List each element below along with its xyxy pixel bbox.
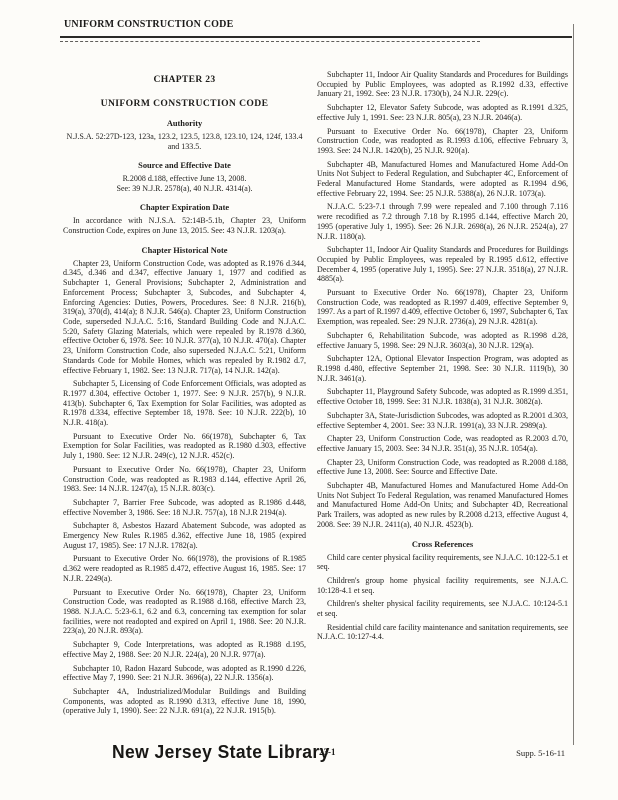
historical-paragraph-5: Subchapter 7, Barrier Free Subcode, was … xyxy=(63,498,306,517)
historical-paragraph-9: Subchapter 9, Code Interpretations, was … xyxy=(63,640,306,659)
chapter-title: UNIFORM CONSTRUCTION CODE xyxy=(63,98,306,109)
historical-paragraph-17: Subchapter 11, Indoor Air Quality Standa… xyxy=(317,245,568,284)
historical-paragraph-6: Subchapter 8, Asbestos Hazard Abatement … xyxy=(63,521,306,550)
historical-paragraph-7: Pursuant to Executive Order No. 66(1978)… xyxy=(63,554,306,583)
heading-chapter-expiration-date: Chapter Expiration Date xyxy=(63,203,306,212)
right-column: Subchapter 11, Indoor Air Quality Standa… xyxy=(317,58,568,716)
historical-paragraph-25: Subchapter 4B, Manufactured Homes and Ma… xyxy=(317,481,568,530)
source-line-1: R.2008 d.188, effective June 13, 2008. xyxy=(63,174,306,184)
chapter-heading: CHAPTER 23 xyxy=(63,74,306,85)
historical-paragraph-16: N.J.A.C. 5:23-7.1 through 7.99 were repe… xyxy=(317,202,568,241)
historical-paragraph-8: Pursuant to Executive Order No. 66(1978)… xyxy=(63,588,306,637)
authority-citation: N.J.S.A. 52:27D-123, 123a, 123.2, 123.5,… xyxy=(63,132,306,151)
historical-paragraph-2: Subchapter 5, Licensing of Code Enforcem… xyxy=(63,379,306,428)
supplement-label: Supp. 5-16-11 xyxy=(516,748,565,758)
cross-reference-4: Residential child care facility maintena… xyxy=(317,623,568,642)
historical-paragraph-18: Pursuant to Executive Order No. 66(1978)… xyxy=(317,288,568,327)
historical-paragraph-4: Pursuant to Executive Order No. 66(1978)… xyxy=(63,465,306,494)
historical-paragraph-21: Subchapter 11, Playground Safety Subcode… xyxy=(317,387,568,406)
historical-paragraph-23: Chapter 23, Uniform Construction Code, w… xyxy=(317,434,568,453)
cross-reference-2: Children's group home physical facility … xyxy=(317,576,568,595)
source-line-2: See: 39 N.J.R. 2578(a), 40 N.J.R. 4314(a… xyxy=(63,184,306,194)
heading-chapter-historical-note: Chapter Historical Note xyxy=(63,246,306,255)
historical-paragraph-3: Pursuant to Executive Order No. 66(1978)… xyxy=(63,432,306,461)
historical-paragraph-20: Subchapter 12A, Optional Elevator Inspec… xyxy=(317,354,568,383)
historical-paragraph-24: Chapter 23, Uniform Construction Code, w… xyxy=(317,458,568,477)
historical-paragraph-10: Subchapter 10, Radon Hazard Subcode, was… xyxy=(63,664,306,683)
historical-paragraph-14: Pursuant to Executive Order No. 66(1978)… xyxy=(317,127,568,156)
cross-reference-1: Child care center physical facility requ… xyxy=(317,553,568,572)
historical-paragraph-1: Chapter 23, Uniform Construction Code, w… xyxy=(63,259,306,375)
two-column-body: CHAPTER 23 UNIFORM CONSTRUCTION CODE Aut… xyxy=(63,58,568,716)
document-page: UNIFORM CONSTRUCTION CODE CHAPTER 23 UNI… xyxy=(0,0,618,800)
historical-paragraph-22: Subchapter 3A, State-Jurisdiction Subcod… xyxy=(317,411,568,430)
historical-paragraph-13: Subchapter 12, Elevator Safety Subcode, … xyxy=(317,103,568,122)
historical-paragraph-19: Subchapter 6, Rehabilitation Subcode, wa… xyxy=(317,331,568,350)
header-rule-dashed xyxy=(60,41,480,42)
historical-paragraph-11: Subchapter 4A, Industrialized/Modular Bu… xyxy=(63,687,306,716)
page-number: 23-1 xyxy=(319,747,336,757)
historical-paragraph-12: Subchapter 11, Indoor Air Quality Standa… xyxy=(317,70,568,99)
header-rule-solid xyxy=(60,36,572,38)
heading-source-effective-date: Source and Effective Date xyxy=(63,161,306,170)
heading-authority: Authority xyxy=(63,119,306,128)
scan-edge-line xyxy=(573,24,575,745)
left-column: CHAPTER 23 UNIFORM CONSTRUCTION CODE Aut… xyxy=(63,58,306,716)
library-stamp: New Jersey State Library xyxy=(112,742,330,764)
cross-reference-3: Children's shelter physical facility req… xyxy=(317,599,568,618)
historical-paragraph-15: Subchapter 4B, Manufactured Homes and Ma… xyxy=(317,160,568,199)
expiration-paragraph: In accordance with N.J.S.A. 52:14B-5.1b,… xyxy=(63,216,306,235)
heading-cross-references: Cross References xyxy=(317,540,568,549)
running-header-title: UNIFORM CONSTRUCTION CODE xyxy=(64,19,233,30)
